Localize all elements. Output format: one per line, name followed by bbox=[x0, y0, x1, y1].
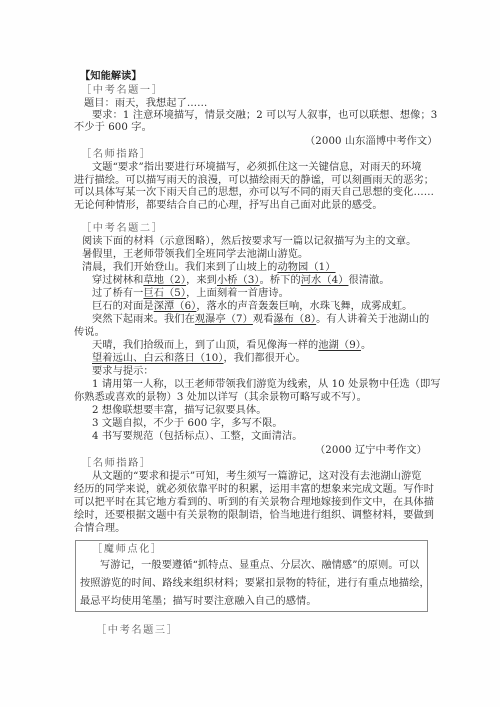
q2-material-line: 望着远山、白云和落日（10），我们都很开心。 bbox=[92, 353, 306, 365]
scenery-item: 巨石（5） bbox=[143, 288, 186, 299]
q1-requirement-line: 不少于 600 字。 bbox=[74, 122, 152, 134]
scenery-item: 池湖（9） bbox=[318, 340, 361, 351]
scenery-item: 瀑布（8） bbox=[273, 314, 316, 325]
q2-material-line: 巨石的对面是深潭（6），落水的声音轰轰巨响，水珠飞舞，成雾成虹。 bbox=[92, 301, 412, 313]
text: 清晨，我们开始登山。我们来到了山坡上的 bbox=[82, 262, 277, 273]
text: 。桥下的 bbox=[260, 275, 301, 286]
q2-guide-line: 经历的同学来说，就必须依靠平时的积累，运用丰富的想象来完成文题。写作时 bbox=[74, 484, 434, 496]
q2-requirement: 2 想像联想要丰富，描写记叙要具体。 bbox=[92, 405, 267, 417]
q2-material-line: 天晴，我们拾级而上，到了山顶，看见像海一样的池湖（9）。 bbox=[92, 340, 371, 352]
scenery-item: 河水（4） bbox=[301, 275, 349, 286]
q2-label: ［中考名题二］ bbox=[81, 223, 164, 235]
text: 。 bbox=[361, 340, 371, 351]
text: 过了桥有一 bbox=[92, 288, 143, 299]
document-page: 【知能解读】 ［中考名题一］ 题目：雨天，我想起了…… 要求：1 注意环境描写，… bbox=[0, 0, 500, 707]
q1-requirement-line: 要求：1 注意环境描写，情景交融；2 可以写人叙事，也可以联想、想像；3 bbox=[92, 110, 437, 122]
q2-material-line: 突然下起雨来。我们在观瀑亭（7）观看瀑布（8）。有人讲着关于池湖山的 bbox=[92, 314, 429, 326]
q2-material-line: 暑假里，王老师带领我们全班同学去池湖山游览。 bbox=[82, 249, 308, 261]
text: 观看 bbox=[253, 314, 274, 325]
text: 突然下起雨来。我们在 bbox=[92, 314, 195, 325]
q1-guide-line: 进行描绘。可以描写雨天的浪漫，可以描绘雨天的静谧，可以刻画雨天的恶劣； bbox=[74, 175, 434, 187]
scenery-item: 观瀑亭（7） bbox=[195, 314, 253, 325]
text: 。有人讲着关于池湖山的 bbox=[316, 314, 429, 325]
text: ，上面刻着一首唐诗。 bbox=[186, 288, 289, 299]
tip-line: 写游记，一般要遵循“抓特点、显重点、分层次、融情感”的原则。可以 bbox=[100, 560, 419, 572]
scenery-item: 深潭（6） bbox=[154, 301, 197, 312]
q1-guide-label: ［名师指路］ bbox=[81, 149, 152, 161]
scenery-item: 远山、白云和落日（10） bbox=[113, 353, 224, 364]
text: 很清澈。 bbox=[348, 275, 389, 286]
tip-box: ［魔师点化］ 写游记，一般要遵循“抓特点、显重点、分层次、融情感”的原则。可以 … bbox=[75, 540, 428, 612]
q3-label: ［中考名题三］ bbox=[96, 625, 179, 637]
q2-requirement: 1 请用第一人称，以王老师带领我们游览为线索，从 10 处景物中任选（即写 bbox=[92, 379, 441, 391]
q2-requirement: 3 文题自拟，不少于 600 字，多写不限。 bbox=[92, 418, 283, 430]
q1-guide-line: 可以具体写某一次下雨天自己的思想，亦可以写不同的雨天自己思想的变化…… bbox=[74, 187, 434, 199]
q2-guide-line: 绘时，还要根据文题中有关景物的限制语，恰当地进行组织、调整材料，要做到 bbox=[74, 510, 434, 522]
tip-line: 最忌平均使用笔墨；描写时要注意融入自己的感情。 bbox=[80, 596, 317, 608]
q1-guide-line: 文题“要求”指出要进行环境描写，必须抓住这一关键信息，对雨天的环境 bbox=[92, 162, 422, 174]
q2-requirement: 4 书写要规范（包括标点）、工整，文面清洁。 bbox=[92, 431, 303, 443]
q2-requirement: 你熟悉或喜欢的景物）3 处加以详写（其余景物可略写或不写）。 bbox=[74, 392, 367, 404]
q1-label: ［中考名题一］ bbox=[81, 85, 164, 97]
q1-guide-line: 无论何种情形，都要结合自己的心理，抒写出自己面对此景的感受。 bbox=[74, 200, 383, 212]
scenery-item: 草地（2） bbox=[143, 275, 186, 286]
scenery-item: 动物园（1） bbox=[277, 262, 335, 273]
tip-label: ［魔师点化］ bbox=[92, 544, 163, 556]
scenery-item: 小桥（3） bbox=[217, 275, 260, 286]
section-heading: 【知能解读】 bbox=[80, 71, 142, 83]
q2-material-line: 清晨，我们开始登山。我们来到了山坡上的动物园（1） bbox=[82, 262, 336, 274]
q2-guide-label: ［名师指路］ bbox=[81, 458, 152, 470]
text: 巨石的对面是 bbox=[92, 301, 154, 312]
q2-guide-line: 从文题的“要求和提示”可知，考生须写一篇游记，这对没有去池湖山游览 bbox=[92, 471, 422, 483]
q2-material-line: 传说。 bbox=[74, 327, 105, 339]
text: 穿过树林和 bbox=[92, 275, 143, 286]
q2-source: （2000 辽宁中考作文） bbox=[315, 445, 427, 457]
q1-title: 题目：雨天，我想起了…… bbox=[84, 98, 207, 110]
q2-guide-line: 合情合理。 bbox=[74, 523, 125, 535]
text: 天晴，我们拾级而上，到了山顶，看见像海一样的 bbox=[92, 340, 318, 351]
tip-line: 按照游览的时间、路线来组织材料；要紧扣景物的特征，进行有重点地描绘， bbox=[80, 578, 430, 590]
q2-material-line: 穿过树林和草地（2），来到小桥（3）。桥下的河水（4）很清澈。 bbox=[92, 275, 390, 287]
q2-material-line: 过了桥有一巨石（5），上面刻着一首唐诗。 bbox=[92, 288, 289, 300]
q2-guide-line: 可以把平时在其它地方看到的、听到的有关景物合理地嫁接到作文中，在具体描 bbox=[74, 497, 434, 509]
q2-intro: 阅读下面的材料（示意图略），然后按要求写一篇以记叙描写为主的文章。 bbox=[82, 236, 416, 248]
text: ，来到 bbox=[186, 275, 217, 286]
text: 望着 bbox=[92, 353, 113, 364]
text: ，落水的声音轰轰巨响，水珠飞舞，成雾成虹。 bbox=[196, 301, 412, 312]
q2-requirements-label: 要求与提示： bbox=[92, 366, 154, 378]
q1-source: （2000 山东淄博中考作文） bbox=[305, 136, 438, 148]
text: ，我们都很开心。 bbox=[224, 353, 306, 364]
